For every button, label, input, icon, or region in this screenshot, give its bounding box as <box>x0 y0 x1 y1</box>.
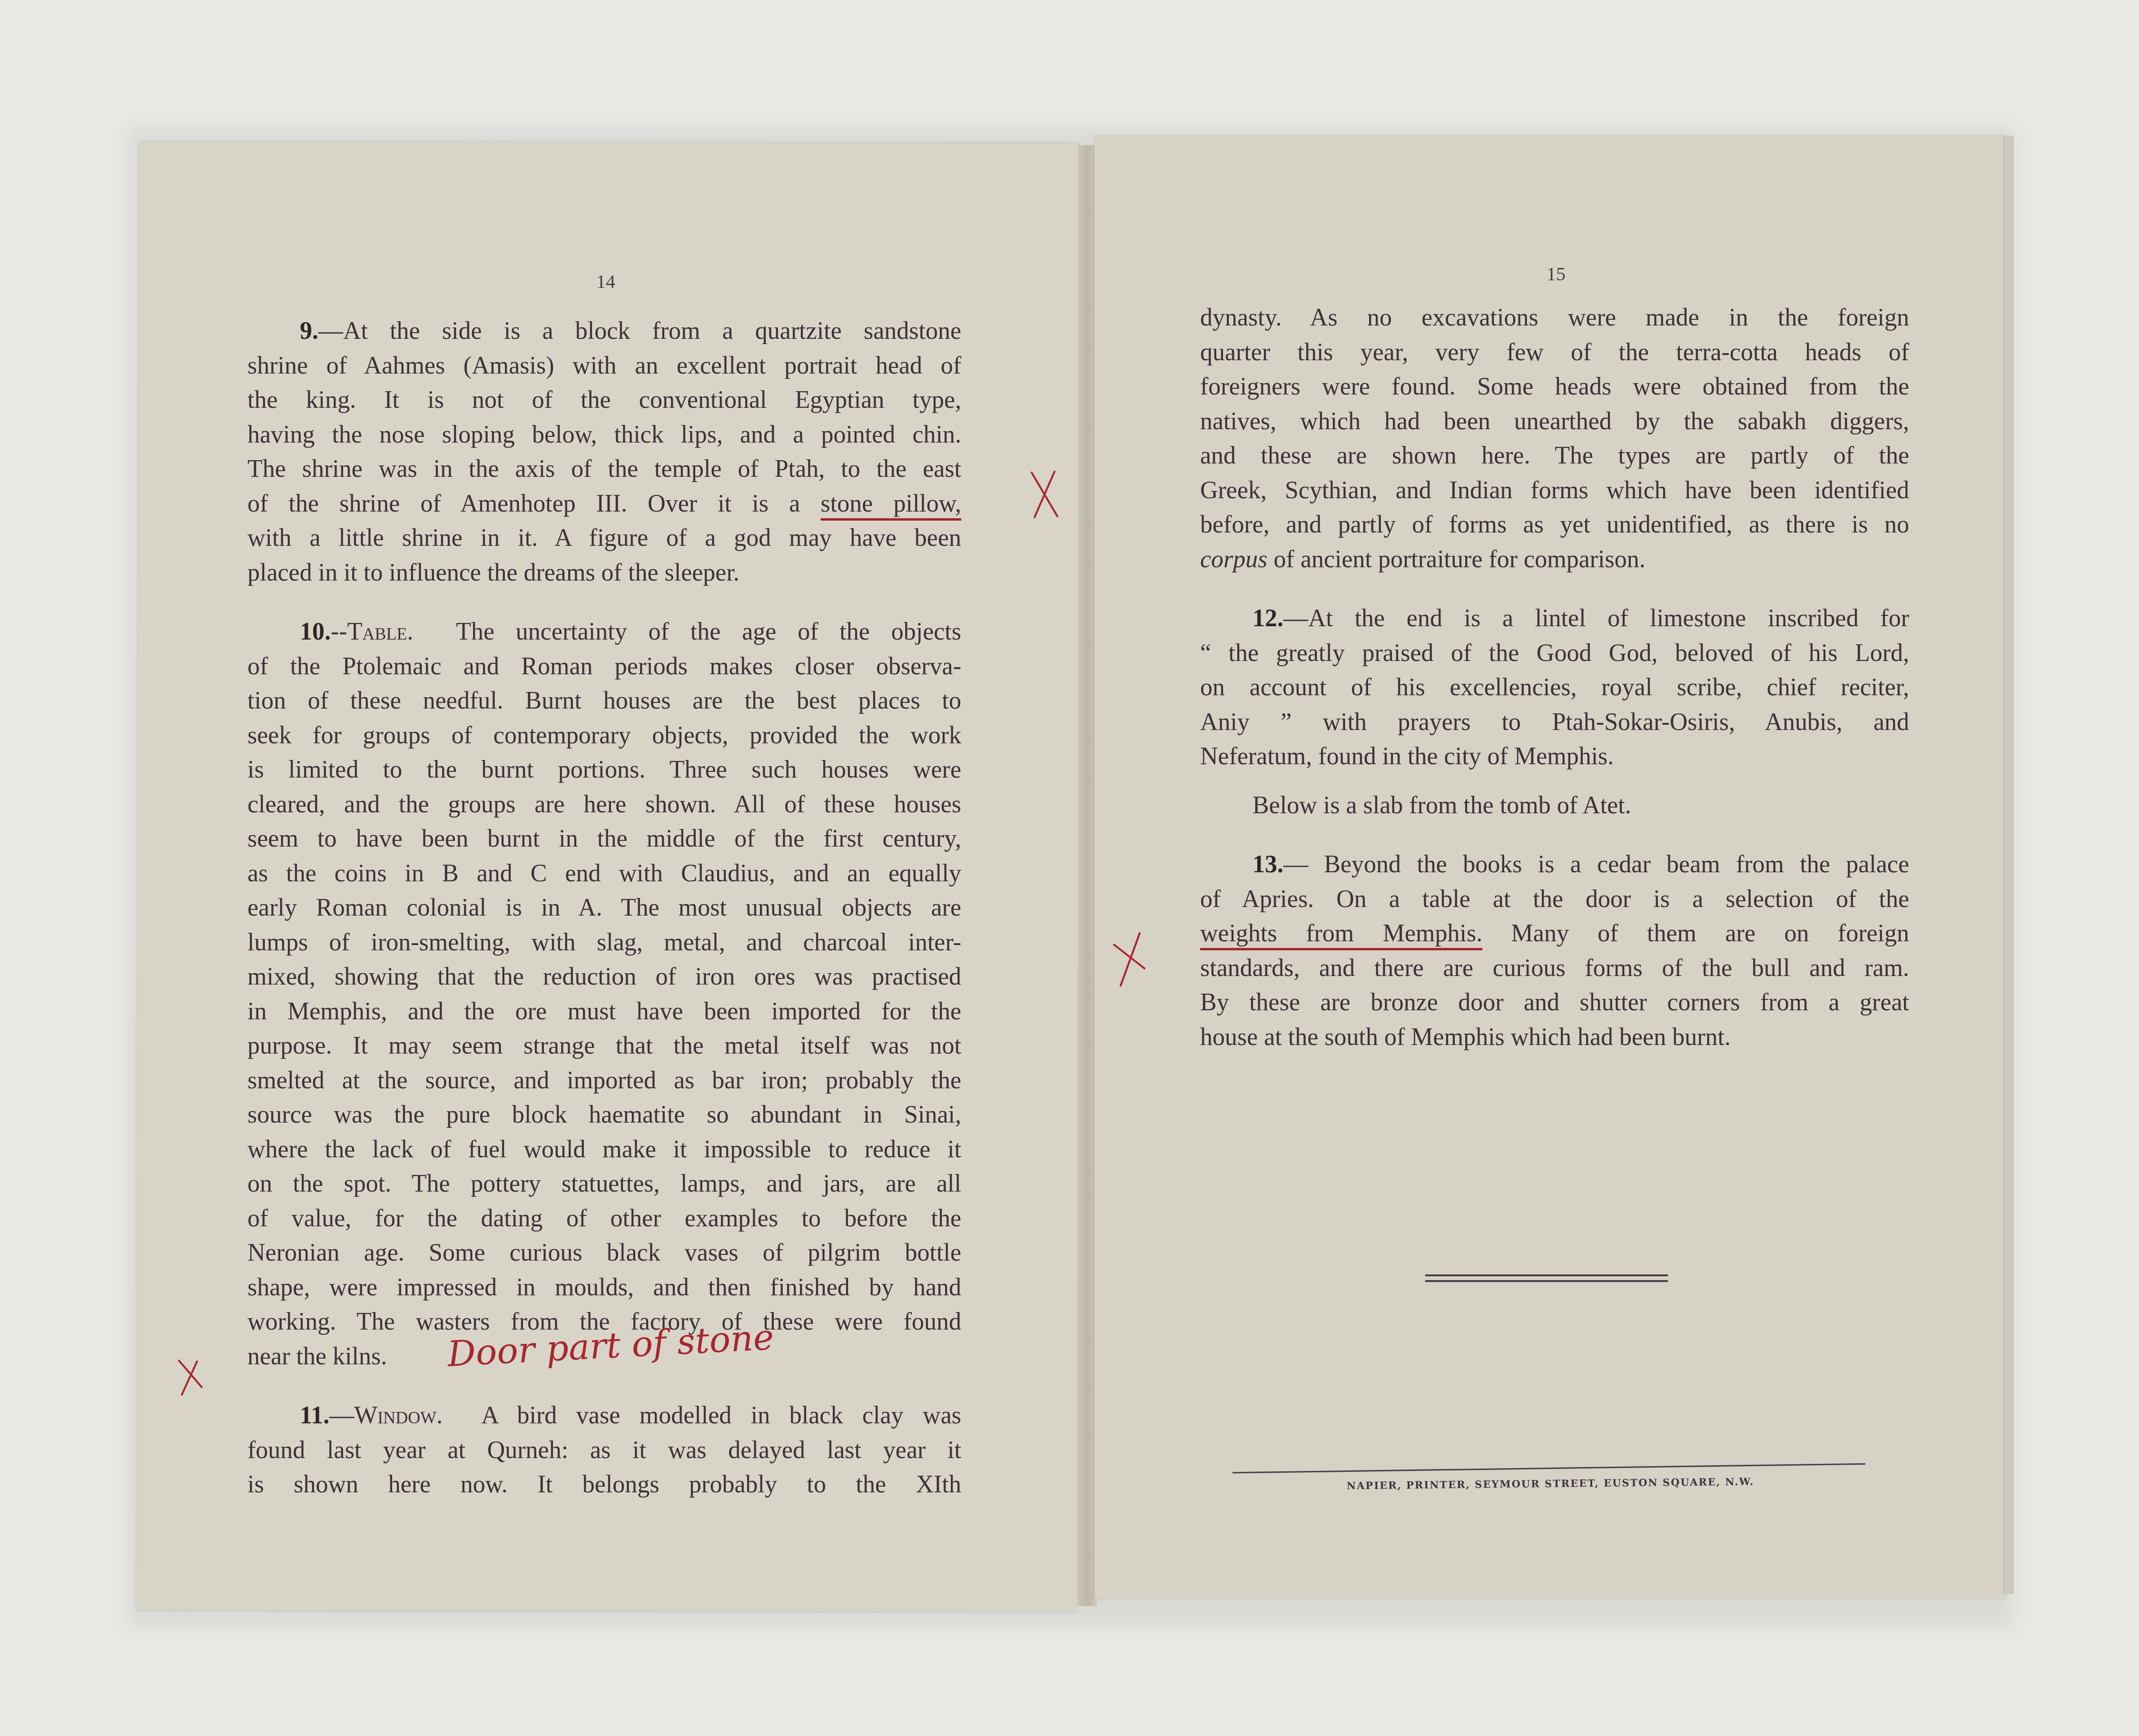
text-line: Greek, Scythian, and Indian forms which … <box>1200 473 1909 508</box>
text-line: foreigners were found. Some heads were o… <box>1200 370 1909 404</box>
text-line: having the nose sloping below, thick lip… <box>247 418 961 453</box>
text-fragment: of ancient portraiture for comparison. <box>1274 546 1646 573</box>
paragraph-11-line: 11.—Window. A bird vase modelled in blac… <box>247 1399 961 1433</box>
text-line: seem to have been burnt in the middle of… <box>247 822 961 857</box>
text-line: source was the pure block haematite so a… <box>247 1098 961 1133</box>
text-fragment: —At the end is a lintel of limestone ins… <box>1283 605 1909 632</box>
left-text-column: 9.—At the side is a block from a quartzi… <box>247 314 961 1502</box>
text-line: in Memphis, and the ore must have been i… <box>247 995 961 1029</box>
text-line: purpose. It may seem strange that the me… <box>247 1029 961 1064</box>
paragraph-number: 11. <box>300 1402 329 1429</box>
paragraph-13-line: 13.— Beyond the books is a cedar beam fr… <box>1200 848 1909 882</box>
text-fragment: The uncertainty of the age of the object… <box>456 618 961 645</box>
text-line: early Roman colonial is in A. The most u… <box>247 891 961 926</box>
double-rule-top <box>1425 1274 1668 1276</box>
text-line: of the shrine of Amenhotep III. Over it … <box>247 487 961 522</box>
page-number-left: 14 <box>558 270 653 293</box>
text-line: dynasty. As no excavations were made in … <box>1200 301 1909 335</box>
paragraph-10-line: 10.--Table. The uncertainty of the age o… <box>247 615 961 650</box>
paragraph-number: 13. <box>1252 851 1283 878</box>
text-line: and these are shown here. The types are … <box>1200 439 1909 473</box>
text-line: By these are bronze door and shutter cor… <box>1200 986 1909 1020</box>
section-heading: Window. <box>354 1402 443 1429</box>
text-line: seek for groups of contemporary objects,… <box>247 719 961 753</box>
text-line: found last year at Qurneh: as it was del… <box>247 1433 961 1468</box>
text-line: on the spot. The pottery statuettes, lam… <box>247 1167 961 1202</box>
text-line: on account of his excellencies, royal sc… <box>1200 671 1909 705</box>
text-fragment: — Beyond the books is a cedar beam from … <box>1283 851 1909 878</box>
text-line: Aniy ” with prayers to Ptah-Sokar-Osiris… <box>1200 705 1909 740</box>
text-line: of Apries. On a table at the door is a s… <box>1200 882 1909 917</box>
text-line: placed in it to influence the dreams of … <box>247 556 961 591</box>
margin-cross-icon <box>1028 469 1061 521</box>
text-line: of value, for the dating of other exampl… <box>247 1202 961 1236</box>
text-line: quarter this year, very few of the terra… <box>1200 335 1909 370</box>
double-rule-bottom <box>1425 1280 1668 1282</box>
underlined-phrase: stone pillow, <box>821 490 961 517</box>
text-line: the king. It is not of the conventional … <box>247 383 961 418</box>
text-line: house at the south of Memphis which had … <box>1200 1020 1909 1055</box>
margin-cross-icon <box>176 1359 205 1397</box>
paragraph-number: 9. <box>300 317 318 345</box>
text-line: with a little shrine in it. A figure of … <box>247 521 961 556</box>
book-gutter <box>1078 145 1097 1606</box>
text-line: —At the side is a block from a quartzite… <box>318 317 961 345</box>
text-line: standards, and there are curious forms o… <box>1200 951 1909 986</box>
text-line: smelted at the source, and imported as b… <box>247 1064 961 1098</box>
text-line: The shrine was in the axis of the temple… <box>247 452 961 487</box>
text-line: shrine of Aahmes (Amasis) with an excell… <box>247 349 961 384</box>
italic-word: corpus <box>1200 546 1268 573</box>
text-line: of the Ptolemaic and Roman periods makes… <box>247 650 961 684</box>
page-edge <box>2003 136 2014 1594</box>
text-fragment: Many of them are on foreign <box>1482 920 1909 947</box>
text-line: weights from Memphis. Many of them are o… <box>1200 917 1909 951</box>
paragraph-9-line: 9.—At the side is a block from a quartzi… <box>247 314 961 349</box>
text-line: mixed, showing that the reduction of iro… <box>247 960 961 995</box>
text-line: as the coins in B and C end with Claudiu… <box>247 857 961 891</box>
underlined-phrase: weights from Memphis. <box>1200 920 1482 947</box>
text-line: lumps of iron-smelting, with slag, metal… <box>247 926 961 960</box>
paragraph-number: 12. <box>1252 605 1283 632</box>
section-heading: Table. <box>347 618 414 645</box>
text-line: is shown here now. It belongs probably t… <box>247 1468 961 1502</box>
text-fragment: of the shrine of Amenhotep III. Over it … <box>247 490 821 517</box>
text-line: natives, which had been unearthed by the… <box>1200 404 1909 439</box>
text-line: is limited to the burnt portions. Three … <box>247 753 961 788</box>
text-line: shape, were impressed in moulds, and the… <box>247 1271 961 1305</box>
text-line: Neferatum, found in the city of Memphis. <box>1200 740 1909 774</box>
right-text-column: dynasty. As no excavations were made in … <box>1200 301 1909 1055</box>
paragraph-12-line: 12.—At the end is a lintel of limestone … <box>1200 602 1909 636</box>
text-line: corpus of ancient portraiture for compar… <box>1200 542 1909 577</box>
text-line: tion of these needful. Burnt houses are … <box>247 684 961 719</box>
text-line: Neronian age. Some curious black vases o… <box>247 1236 961 1271</box>
text-line: “ the greatly praised of the Good God, b… <box>1200 636 1909 671</box>
text-line: cleared, and the groups are here shown. … <box>247 788 961 822</box>
margin-cross-icon <box>1111 930 1149 987</box>
text-line: where the lack of fuel would make it imp… <box>247 1133 961 1167</box>
text-line: Below is a slab from the tomb of Atet. <box>1200 789 1909 823</box>
text-line: before, and partly of forms as yet unide… <box>1200 508 1909 542</box>
text-fragment: A bird vase modelled in black clay was <box>481 1402 961 1429</box>
paragraph-number: 10. <box>300 618 331 645</box>
page-number-right: 15 <box>1508 263 1604 285</box>
